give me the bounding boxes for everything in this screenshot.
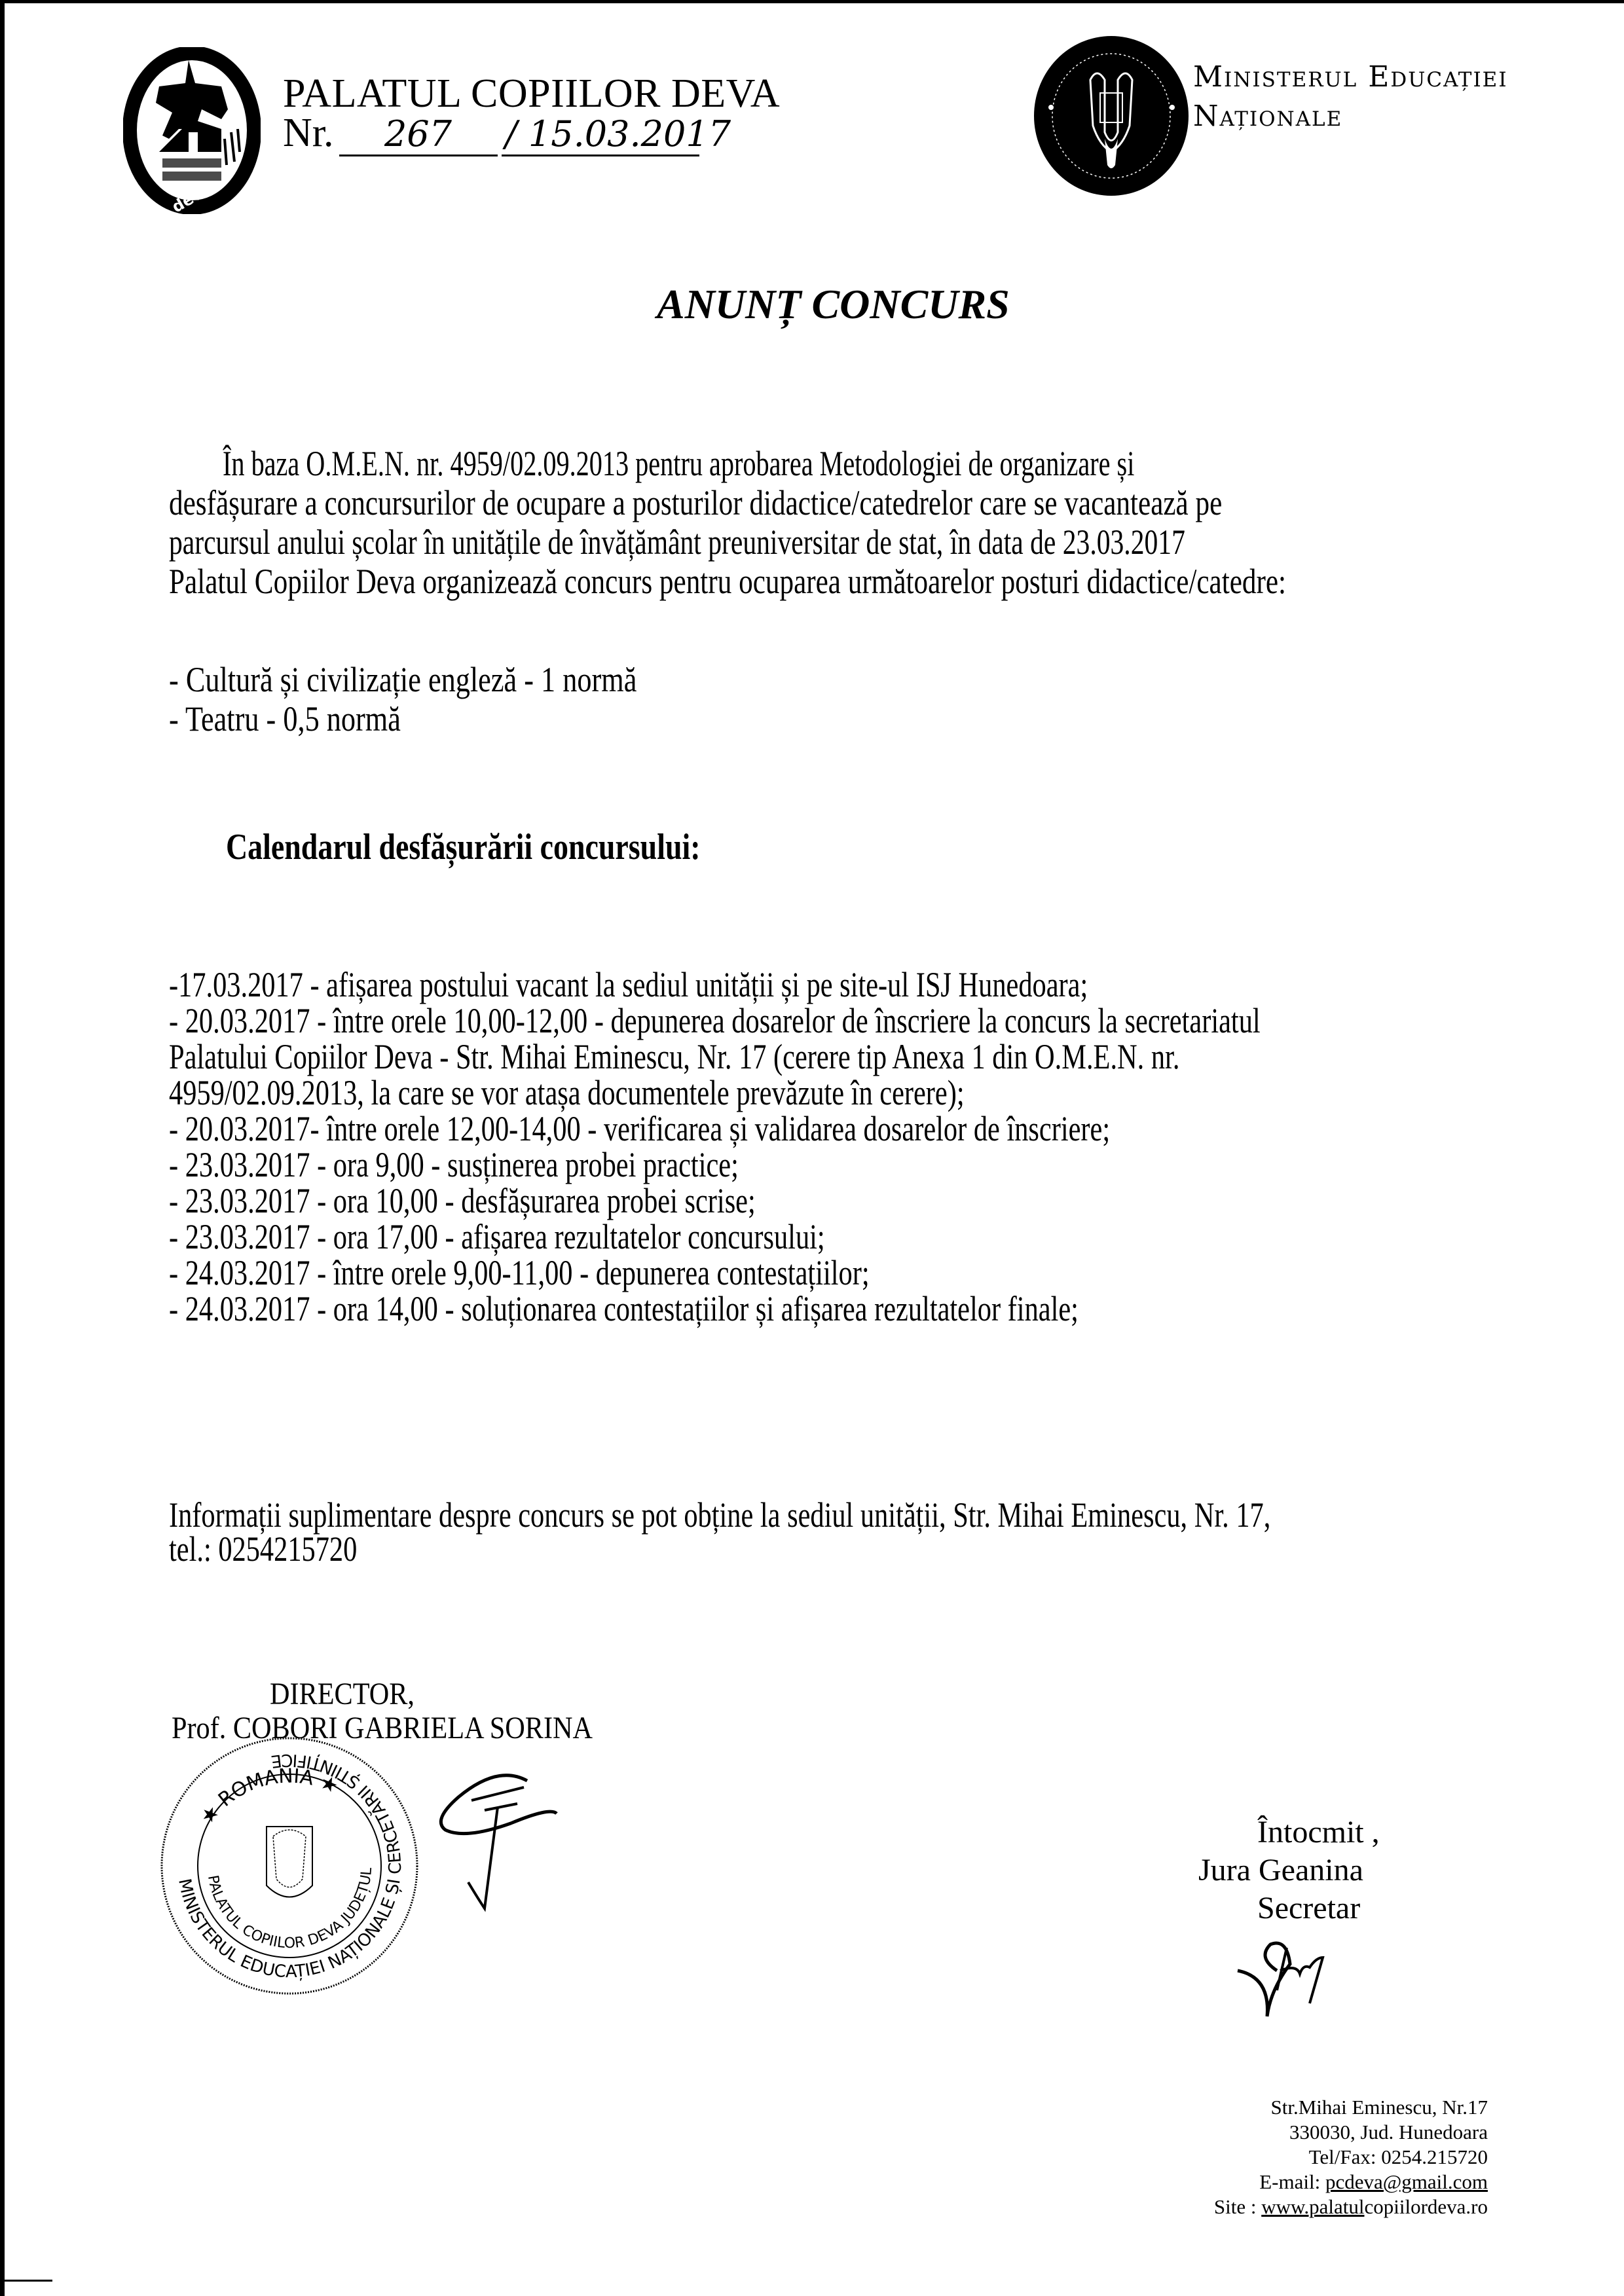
schedule-list: -17.03.2017 - afișarea postului vacant l… bbox=[169, 966, 1559, 1326]
svg-text:PALATUL COPIILOR DEVA JUDEȚUL: PALATUL COPIILOR DEVA JUDEȚUL HUNEDOARA bbox=[152, 1728, 375, 1952]
intro-paragraph: În baza O.M.E.N. nr. 4959/02.09.2013 pen… bbox=[169, 445, 1484, 602]
schedule-item: - 20.03.2017- între orele 12,00-14,00 - … bbox=[169, 1110, 1110, 1147]
site-link[interactable]: www.palatul bbox=[1261, 2195, 1364, 2218]
director-title-text: DIRECTOR, bbox=[270, 1676, 415, 1712]
schedule-item: Palatului Copiilor Deva - Str. Mihai Emi… bbox=[169, 1038, 1179, 1075]
schedule-item: - 23.03.2017 - ora 9,00 - susținerea pro… bbox=[169, 1146, 739, 1183]
email-label: E-mail: bbox=[1259, 2170, 1325, 2193]
prepared-name: Jura Geanina bbox=[1198, 1851, 1380, 1889]
director-title: DIRECTOR, bbox=[270, 1676, 434, 1712]
ministry-line-2: Naționale bbox=[1193, 97, 1508, 136]
footer-phone: Tel/Fax: 0254.215720 bbox=[1214, 2145, 1488, 2170]
schedule-item: - 23.03.2017 - ora 10,00 - desfășurarea … bbox=[169, 1182, 756, 1219]
additional-info: Informații suplimentare despre concurs s… bbox=[169, 1497, 1572, 1565]
director-signature bbox=[419, 1768, 570, 1918]
romania-coat-of-arms-seal bbox=[1031, 34, 1192, 198]
official-stamp: MINISTERUL EDUCAȚIEI NAȚIONALE ȘI CERCET… bbox=[152, 1728, 427, 2003]
svg-text:★ ROMANIA ★: ★ ROMANIA ★ bbox=[196, 1764, 342, 1829]
intro-line: În baza O.M.E.N. nr. 4959/02.09.2013 pen… bbox=[223, 445, 1134, 482]
position-item: - Cultură și civilizație engleză - 1 nor… bbox=[169, 661, 637, 698]
secretary-signature bbox=[1231, 1918, 1342, 2023]
schedule-item: - 20.03.2017 - între orele 10,00-12,00 -… bbox=[169, 1002, 1261, 1039]
site-label: Site : bbox=[1214, 2195, 1261, 2218]
intro-line: Palatul Copiilor Deva organizează concur… bbox=[169, 563, 1286, 600]
schedule-item: - 24.03.2017 - ora 14,00 - soluționarea … bbox=[169, 1290, 1079, 1327]
schedule-item: -17.03.2017 - afișarea postului vacant l… bbox=[169, 966, 1088, 1003]
registration-line: Nr.267/ 15.03.2017 bbox=[283, 110, 699, 156]
stamp-top-text: ★ ROMANIA ★ bbox=[196, 1764, 342, 1829]
position-item: - Teatru - 0,5 normă bbox=[169, 701, 401, 737]
registration-date: 15.03.2017 bbox=[528, 113, 731, 155]
scan-border-left bbox=[0, 0, 5, 2296]
prepared-label: Întocmit , bbox=[1198, 1813, 1380, 1851]
footer-address: Str.Mihai Eminescu, Nr.17 bbox=[1214, 2095, 1488, 2120]
scan-border-top bbox=[0, 0, 1624, 3]
schedule-item: - 24.03.2017 - între orele 9,00-11,00 - … bbox=[169, 1254, 870, 1291]
calendar-heading-text: Calendarul desfășurării concursului: bbox=[226, 826, 701, 868]
site-link-rest[interactable]: copiilordeva.ro bbox=[1364, 2195, 1488, 2218]
schedule-item: - 23.03.2017 - ora 17,00 - afișarea rezu… bbox=[169, 1218, 825, 1255]
scan-mark-bottom-left bbox=[0, 2280, 52, 2282]
info-line: Informații suplimentare despre concurs s… bbox=[169, 1497, 1270, 1533]
ministry-name: Ministerul Educației Naționale bbox=[1193, 58, 1508, 136]
prepared-by-block: Întocmit , Jura Geanina Secretar bbox=[1198, 1813, 1380, 1927]
document-title: ANUNȚ CONCURS bbox=[657, 280, 1010, 329]
footer-contact: Str.Mihai Eminescu, Nr.17 330030, Jud. H… bbox=[1214, 2095, 1488, 2219]
registration-date-wrap: / 15.03.2017 bbox=[502, 113, 699, 156]
info-line: tel.: 0254215720 bbox=[169, 1531, 357, 1567]
registration-separator: / bbox=[506, 113, 517, 155]
positions-list: - Cultură și civilizație engleză - 1 nor… bbox=[169, 661, 739, 740]
footer-email-line: E-mail: pcdeva@gmail.com bbox=[1214, 2170, 1488, 2195]
footer-site-line: Site : www.palatulcopiilordeva.ro bbox=[1214, 2195, 1488, 2219]
schedule-item: 4959/02.09.2013, la care se vor atașa do… bbox=[169, 1074, 965, 1111]
stamp-inner-text: PALATUL COPIILOR DEVA JUDEȚUL HUNEDOARA bbox=[152, 1728, 375, 1952]
registration-prefix: Nr. bbox=[283, 111, 334, 155]
registration-number: 267 bbox=[339, 113, 498, 156]
ministry-line-1: Ministerul Educației bbox=[1193, 58, 1508, 97]
footer-city: 330030, Jud. Hunedoara bbox=[1214, 2120, 1488, 2145]
email-link[interactable]: pcdeva@gmail.com bbox=[1325, 2170, 1488, 2193]
intro-line: desfășurare a concursurilor de ocupare a… bbox=[169, 484, 1222, 521]
palatul-copiilor-logo: deva bbox=[123, 47, 261, 214]
calendar-heading: Calendarul desfășurării concursului: bbox=[226, 826, 805, 868]
intro-line: parcursul anului școlar în unitățile de … bbox=[169, 524, 1185, 560]
